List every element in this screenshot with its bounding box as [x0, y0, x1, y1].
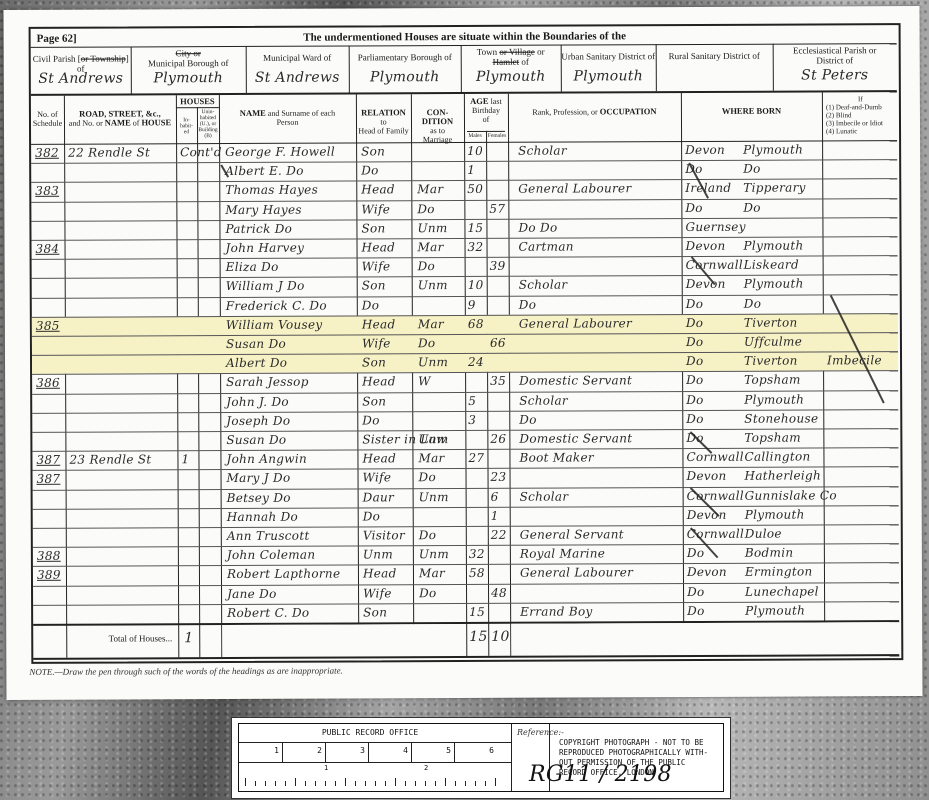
- cell-birth-county: Devon: [687, 563, 727, 582]
- cell-relation: Head: [362, 449, 396, 468]
- scale-tick: [255, 781, 256, 786]
- boundaries-header: Civil Parish [or Township] ofSt AndrewsC…: [31, 25, 899, 29]
- cell-name: John Harvey: [226, 239, 305, 258]
- cell-schedule: 382: [35, 144, 59, 163]
- cell-condition: Unm: [417, 219, 447, 238]
- cell-birth-parish: Plymouth: [745, 505, 805, 524]
- boundary-label: Rural Sanitary District of: [656, 51, 773, 62]
- cell-birth-county: Devon: [685, 237, 725, 256]
- cell-birth-parish: Ermington: [745, 563, 813, 582]
- cell-schedule: 387: [36, 451, 60, 470]
- cell-name: Thomas Hayes: [225, 181, 318, 200]
- cell-name: Susan Do: [226, 431, 286, 450]
- boundary-value: St Andrews: [31, 70, 131, 86]
- cell-birth-parish: Liskeard: [744, 256, 799, 275]
- cell-name: John Coleman: [227, 546, 316, 565]
- cell-name: Hannah Do: [227, 508, 298, 527]
- cell-birth-county: Do: [687, 583, 705, 602]
- cell-condition: Mar: [419, 564, 445, 583]
- cell-schedule: 387: [37, 470, 61, 489]
- scale-tick: [355, 781, 356, 786]
- cell-name: Frederick C. Do: [226, 296, 327, 315]
- column-header-schedule: No. of Schedule: [31, 110, 64, 128]
- cell-relation: Son: [362, 354, 386, 373]
- cell-birth-county: Devon: [687, 506, 727, 525]
- cell-relation: Wife: [361, 200, 390, 219]
- cell-occupation: General Servant: [520, 525, 624, 544]
- cell-occupation: Cartman: [518, 238, 573, 257]
- cell-name: Joseph Do: [226, 412, 290, 431]
- boundary-label: City orMunicipal Borough of: [131, 48, 246, 69]
- cell-relation: Do: [362, 411, 380, 430]
- cell-condition: Do: [418, 334, 436, 353]
- scale-tick: [395, 778, 396, 786]
- cell-birth-county: Do: [686, 295, 704, 314]
- cell-relation: Wife: [362, 258, 391, 277]
- cell-birth-parish: Tipperary: [743, 179, 806, 198]
- cell-name: Eliza Do: [226, 258, 279, 277]
- scale-tick: [295, 778, 296, 786]
- cell-birth-parish: Do: [743, 160, 761, 179]
- cell-male-age: 15: [467, 219, 483, 238]
- cell-infirmity: Imbecile: [827, 351, 882, 370]
- cell-relation: Son: [363, 603, 387, 622]
- cell-occupation: Do: [519, 410, 537, 429]
- cell-birth-parish: Plymouth: [744, 275, 804, 294]
- column-header-occupation: Rank, Profession, or OCCUPATION: [508, 107, 681, 117]
- scale-tick: [435, 781, 436, 786]
- cell-birth-county: Do: [687, 602, 705, 621]
- cell-male-age: 9: [468, 296, 476, 315]
- rule-line: [511, 724, 512, 791]
- column-header-condition: CON-DITIONas toMarriage: [411, 108, 464, 144]
- cell-condition: Unm: [419, 488, 449, 507]
- cell-birth-parish: Topsham: [744, 429, 801, 448]
- cell-male-age: 58: [469, 564, 485, 583]
- cell-name: Jane Do: [227, 584, 277, 603]
- cell-birth-parish: Tiverton: [744, 313, 798, 332]
- cell-name: Sarah Jessop: [226, 373, 309, 392]
- cell-occupation: Scholar: [518, 142, 567, 161]
- boundary-label: Ecclesiastical Parish orDistrict of: [773, 45, 897, 66]
- cell-condition: Unm: [419, 545, 449, 564]
- cell-condition: Do: [418, 257, 436, 276]
- boundary-value: St Peters: [773, 67, 897, 84]
- cell-condition: Mar: [418, 315, 444, 334]
- scale-tick: [375, 781, 376, 786]
- cell-birth-parish: Uffculme: [744, 333, 802, 352]
- cell-birth-parish: Tiverton: [744, 352, 798, 371]
- cell-male-age: 32: [469, 545, 485, 564]
- column-header-road: ROAD, STREET, &c.,and No. or NAME of HOU…: [64, 109, 176, 127]
- cell-relation: Head: [361, 181, 395, 200]
- totals-blank: [511, 622, 899, 656]
- cell-name: Ann Truscott: [227, 527, 310, 546]
- cell-road: 22 Rendle St: [68, 143, 150, 162]
- cell-occupation: Domestic Servant: [519, 429, 632, 448]
- total-houses-value: 1: [184, 630, 193, 646]
- cell-road: 23 Rendle St: [69, 451, 151, 470]
- cell-condition: Mar: [418, 449, 444, 468]
- cell-female-age: 66: [490, 334, 506, 353]
- cell-birth-parish: Do: [743, 198, 761, 217]
- cell-relation: Son: [362, 392, 386, 411]
- cell-name: William Vousey: [226, 315, 323, 334]
- stamp-scale-in: 2: [424, 764, 428, 772]
- cell-name: Susan Do: [226, 335, 286, 354]
- cell-male-age: 32: [467, 238, 483, 257]
- cell-birth-county: Devon: [686, 275, 726, 294]
- cell-birth-parish: Lunechapel: [745, 582, 819, 601]
- cell-occupation: Scholar: [520, 487, 569, 506]
- census-form: Page 62] The undermentioned Houses are s…: [29, 23, 904, 664]
- cell-birth-parish: Duloe: [745, 525, 782, 544]
- cell-female-age: 35: [490, 372, 506, 391]
- stamp-scale-cm: 3: [325, 746, 365, 755]
- cell-female-age: 48: [491, 583, 507, 602]
- cell-male-age: 5: [468, 392, 476, 411]
- cell-birth-county: Cornwall: [686, 448, 743, 467]
- scale-tick: [265, 781, 266, 786]
- cell-birth-parish: Plymouth: [743, 141, 803, 160]
- scale-tick: [415, 781, 416, 786]
- cell-relation: Visitor: [363, 526, 405, 545]
- cell-birth-county: Ireland: [685, 179, 731, 198]
- cell-relation: Head: [362, 315, 396, 334]
- cell-condition: Unm: [418, 353, 448, 372]
- cell-relation: Wife: [363, 584, 392, 603]
- cell-occupation: Do Do: [518, 218, 557, 237]
- boundary-label: Municipal Ward of: [246, 52, 349, 62]
- stamp-scale-in: 1: [324, 764, 328, 772]
- cell-occupation: Boot Maker: [519, 449, 594, 468]
- cell-condition: Do: [419, 584, 437, 603]
- cell-relation: Do: [362, 296, 380, 315]
- scale-tick: [245, 778, 246, 786]
- cell-birth-parish: Stonehouse: [744, 409, 818, 428]
- scale-tick: [285, 781, 286, 786]
- cell-occupation: Scholar: [519, 391, 568, 410]
- boundary-label: Town or Village orHamlet of: [461, 47, 561, 67]
- scale-tick: [365, 781, 366, 786]
- cell-name: Robert Lapthorne: [227, 565, 340, 584]
- cell-name: George F. Howell: [225, 143, 335, 162]
- cell-occupation: Royal Marine: [520, 545, 605, 564]
- boundary-value: [656, 68, 773, 69]
- cell-birth-parish: Do: [744, 294, 762, 313]
- cell-condition: Do: [419, 469, 437, 488]
- cell-schedule: 383: [35, 182, 59, 201]
- reference-label: Reference:-: [517, 728, 564, 737]
- cell-occupation: Domestic Servant: [519, 372, 632, 391]
- scale-tick: [455, 781, 456, 786]
- cell-birth-parish: Plymouth: [744, 390, 804, 409]
- cell-birth-parish: Plymouth: [745, 601, 805, 620]
- cell-name: John J. Do: [226, 392, 289, 411]
- scale-tick: [275, 781, 276, 786]
- cell-birth-parish: Topsham: [744, 371, 801, 390]
- column-header-houses: HOUSES: [176, 97, 219, 106]
- cell-birth-county: Do: [687, 544, 705, 563]
- cell-occupation: General Labourer: [520, 564, 633, 583]
- column-header-inhabited: In-habit-ed: [176, 117, 197, 135]
- cell-occupation: General Labourer: [519, 314, 632, 333]
- rule-line: [239, 742, 511, 743]
- cell-birth-county: Guernsey: [685, 218, 745, 237]
- cell-birth-parish: Hatherleigh: [745, 467, 822, 486]
- cell-condition: W: [418, 373, 431, 392]
- cell-birth-county: Do: [686, 371, 704, 390]
- cell-birth-county: Do: [686, 352, 704, 371]
- cell-birth-county: Do: [686, 410, 704, 429]
- column-header-relation: RELATIONtoHead of Family: [356, 108, 411, 135]
- cell-relation: Do: [361, 162, 379, 181]
- cell-birth-parish: Bodmin: [745, 544, 794, 563]
- cell-birth-county: Do: [686, 314, 704, 333]
- cell-birth-county: Do: [685, 199, 703, 218]
- scale-tick: [465, 781, 466, 786]
- column-header-name: NAME and Surname of eachPerson: [219, 108, 356, 127]
- cell-relation: Son: [362, 277, 386, 296]
- cell-name: Betsey Do: [227, 488, 291, 507]
- cell-male-age: 10: [467, 142, 483, 161]
- cell-male-age: 10: [468, 276, 484, 295]
- cell-birth-county: Cornwall: [687, 486, 744, 505]
- cell-female-age: 22: [491, 526, 507, 545]
- total-females-value: 10: [491, 629, 509, 645]
- boundary-label: Urban Sanitary District of: [561, 51, 656, 61]
- cell-male-age: 3: [468, 411, 476, 430]
- cell-birth-parish: Gunnislake Co: [745, 486, 837, 505]
- cell-relation: Unm: [363, 545, 393, 564]
- stamp-scale-cm: 5: [411, 746, 451, 755]
- cell-birth-parish: Plymouth: [743, 237, 803, 256]
- scale-tick: [385, 781, 386, 786]
- total-males-value: 15: [469, 629, 487, 645]
- totals-row: Total of Houses...1Total of Males and Fe…: [31, 25, 899, 29]
- cell-relation: Son: [361, 219, 385, 238]
- scale-tick: [475, 781, 476, 786]
- cell-schedule: 386: [36, 374, 60, 393]
- stamp-scale-cm: 4: [368, 746, 408, 755]
- scale-tick: [445, 778, 446, 786]
- total-houses-label: Total of Houses...: [33, 633, 172, 644]
- cell-name: William J Do: [226, 277, 305, 296]
- boundary-value: Plymouth: [461, 69, 561, 85]
- cell-occupation: General Labourer: [518, 180, 631, 199]
- scale-tick: [485, 781, 486, 786]
- cell-female-age: 1: [491, 507, 499, 526]
- cell-relation: Head: [362, 373, 396, 392]
- cell-condition: Mar: [417, 180, 443, 199]
- cell-name: Patrick Do: [225, 220, 292, 239]
- cell-condition: Unm: [418, 430, 448, 449]
- cell-male-age: 24: [468, 353, 484, 372]
- rule-line: [239, 762, 511, 763]
- cell-male-age: 27: [468, 449, 484, 468]
- cell-schedule: 384: [36, 240, 60, 259]
- cell-inhabited: 1: [181, 450, 189, 469]
- census-rows: 38222 Rendle StCont'dGeorge F. HowellSon…: [31, 25, 899, 29]
- boundary-value: Plymouth: [561, 68, 656, 84]
- stamp-scale-cm: 2: [282, 746, 322, 755]
- cell-female-age: 57: [489, 199, 505, 218]
- cell-birth-parish: Callington: [744, 448, 810, 467]
- boundary-value: Plymouth: [131, 70, 246, 87]
- cell-male-age: 15: [469, 603, 485, 622]
- cell-name: Mary Hayes: [225, 200, 302, 219]
- copyright-notice: COPYRIGHT PHOTOGRAPH - NOT TO BE REPRODU…: [559, 738, 708, 778]
- cell-birth-county: Do: [686, 333, 704, 352]
- totals-blank: [222, 624, 465, 657]
- cell-female-age: 39: [490, 257, 506, 276]
- scale-tick: [495, 778, 496, 786]
- column-header-where-born: WHERE BORN: [681, 106, 822, 116]
- stamp-scale-cm: 6: [454, 746, 494, 755]
- stamp-scale-cm: 1: [239, 746, 279, 755]
- cell-male-age: 1: [467, 161, 475, 180]
- cell-relation: Son: [361, 142, 385, 161]
- scale-tick: [425, 781, 426, 786]
- column-header-age: AGE lastBirthdayof: [464, 97, 508, 124]
- cell-schedule: 389: [37, 566, 61, 585]
- cell-name: Albert E. Do: [225, 162, 304, 181]
- cell-birth-county: Devon: [687, 467, 727, 486]
- cell-inhabited: Cont'd: [180, 143, 222, 162]
- cell-name: John Angwin: [226, 450, 307, 469]
- footnote: NOTE.—Draw the pen through such of the w…: [29, 666, 342, 677]
- column-headers: No. of ScheduleROAD, STREET, &c.,and No.…: [31, 25, 899, 29]
- scale-tick: [315, 781, 316, 786]
- record-office-stamp: PUBLIC RECORD OFFICE12345612Reference:-R…: [231, 717, 731, 799]
- cell-condition: Unm: [418, 276, 448, 295]
- column-header-males: Males: [464, 133, 486, 139]
- cell-relation: Head: [363, 565, 397, 584]
- cell-relation: Do: [363, 507, 381, 526]
- cell-condition: Mar: [417, 238, 443, 257]
- stamp-office-label: PUBLIC RECORD OFFICE: [239, 728, 501, 737]
- cell-female-age: 26: [490, 430, 506, 449]
- cell-relation: Daur: [363, 488, 395, 507]
- cell-birth-county: Do: [686, 391, 704, 410]
- boundary-label: Parliamentary Borough of: [349, 52, 461, 62]
- scale-tick: [325, 781, 326, 786]
- cell-birth-county: Devon: [685, 141, 725, 160]
- census-page: Page 62] The undermentioned Houses are s…: [3, 6, 922, 700]
- cell-relation: Head: [361, 238, 395, 257]
- cell-male-age: 68: [468, 315, 484, 334]
- cell-schedule: 385: [36, 317, 60, 336]
- cell-relation: Wife: [362, 334, 391, 353]
- column-header-uninhabited: Unin-habited(U.), orBuilding(B): [197, 109, 219, 139]
- cell-occupation: Errand Boy: [520, 602, 593, 621]
- cell-female-age: 6: [491, 487, 499, 506]
- cell-occupation: Scholar: [519, 276, 568, 295]
- scale-tick: [405, 781, 406, 786]
- scale-tick: [335, 781, 336, 786]
- cell-name: Albert Do: [226, 354, 287, 373]
- enumerator-marks: [31, 25, 899, 29]
- cell-relation: Wife: [363, 469, 392, 488]
- cell-condition: Do: [417, 200, 435, 219]
- boundary-value: Plymouth: [349, 69, 461, 85]
- cell-schedule: 388: [37, 547, 61, 566]
- cell-female-age: 23: [491, 468, 507, 487]
- column-header-infirmity: If(1) Deaf-and-Dumb(2) Blind(3) Imbecile…: [826, 95, 895, 135]
- scale-tick: [305, 781, 306, 786]
- cell-condition: Do: [419, 526, 437, 545]
- cell-name: Mary J Do: [227, 469, 291, 488]
- cell-name: Robert C. Do: [227, 603, 309, 622]
- cell-male-age: 50: [467, 180, 483, 199]
- column-header-females: Females: [486, 133, 508, 139]
- scale-tick: [345, 778, 346, 786]
- boundary-value: St Andrews: [246, 69, 349, 85]
- cell-occupation: Do: [519, 295, 537, 314]
- page-title: The undermentioned Houses are situate wi…: [31, 29, 899, 45]
